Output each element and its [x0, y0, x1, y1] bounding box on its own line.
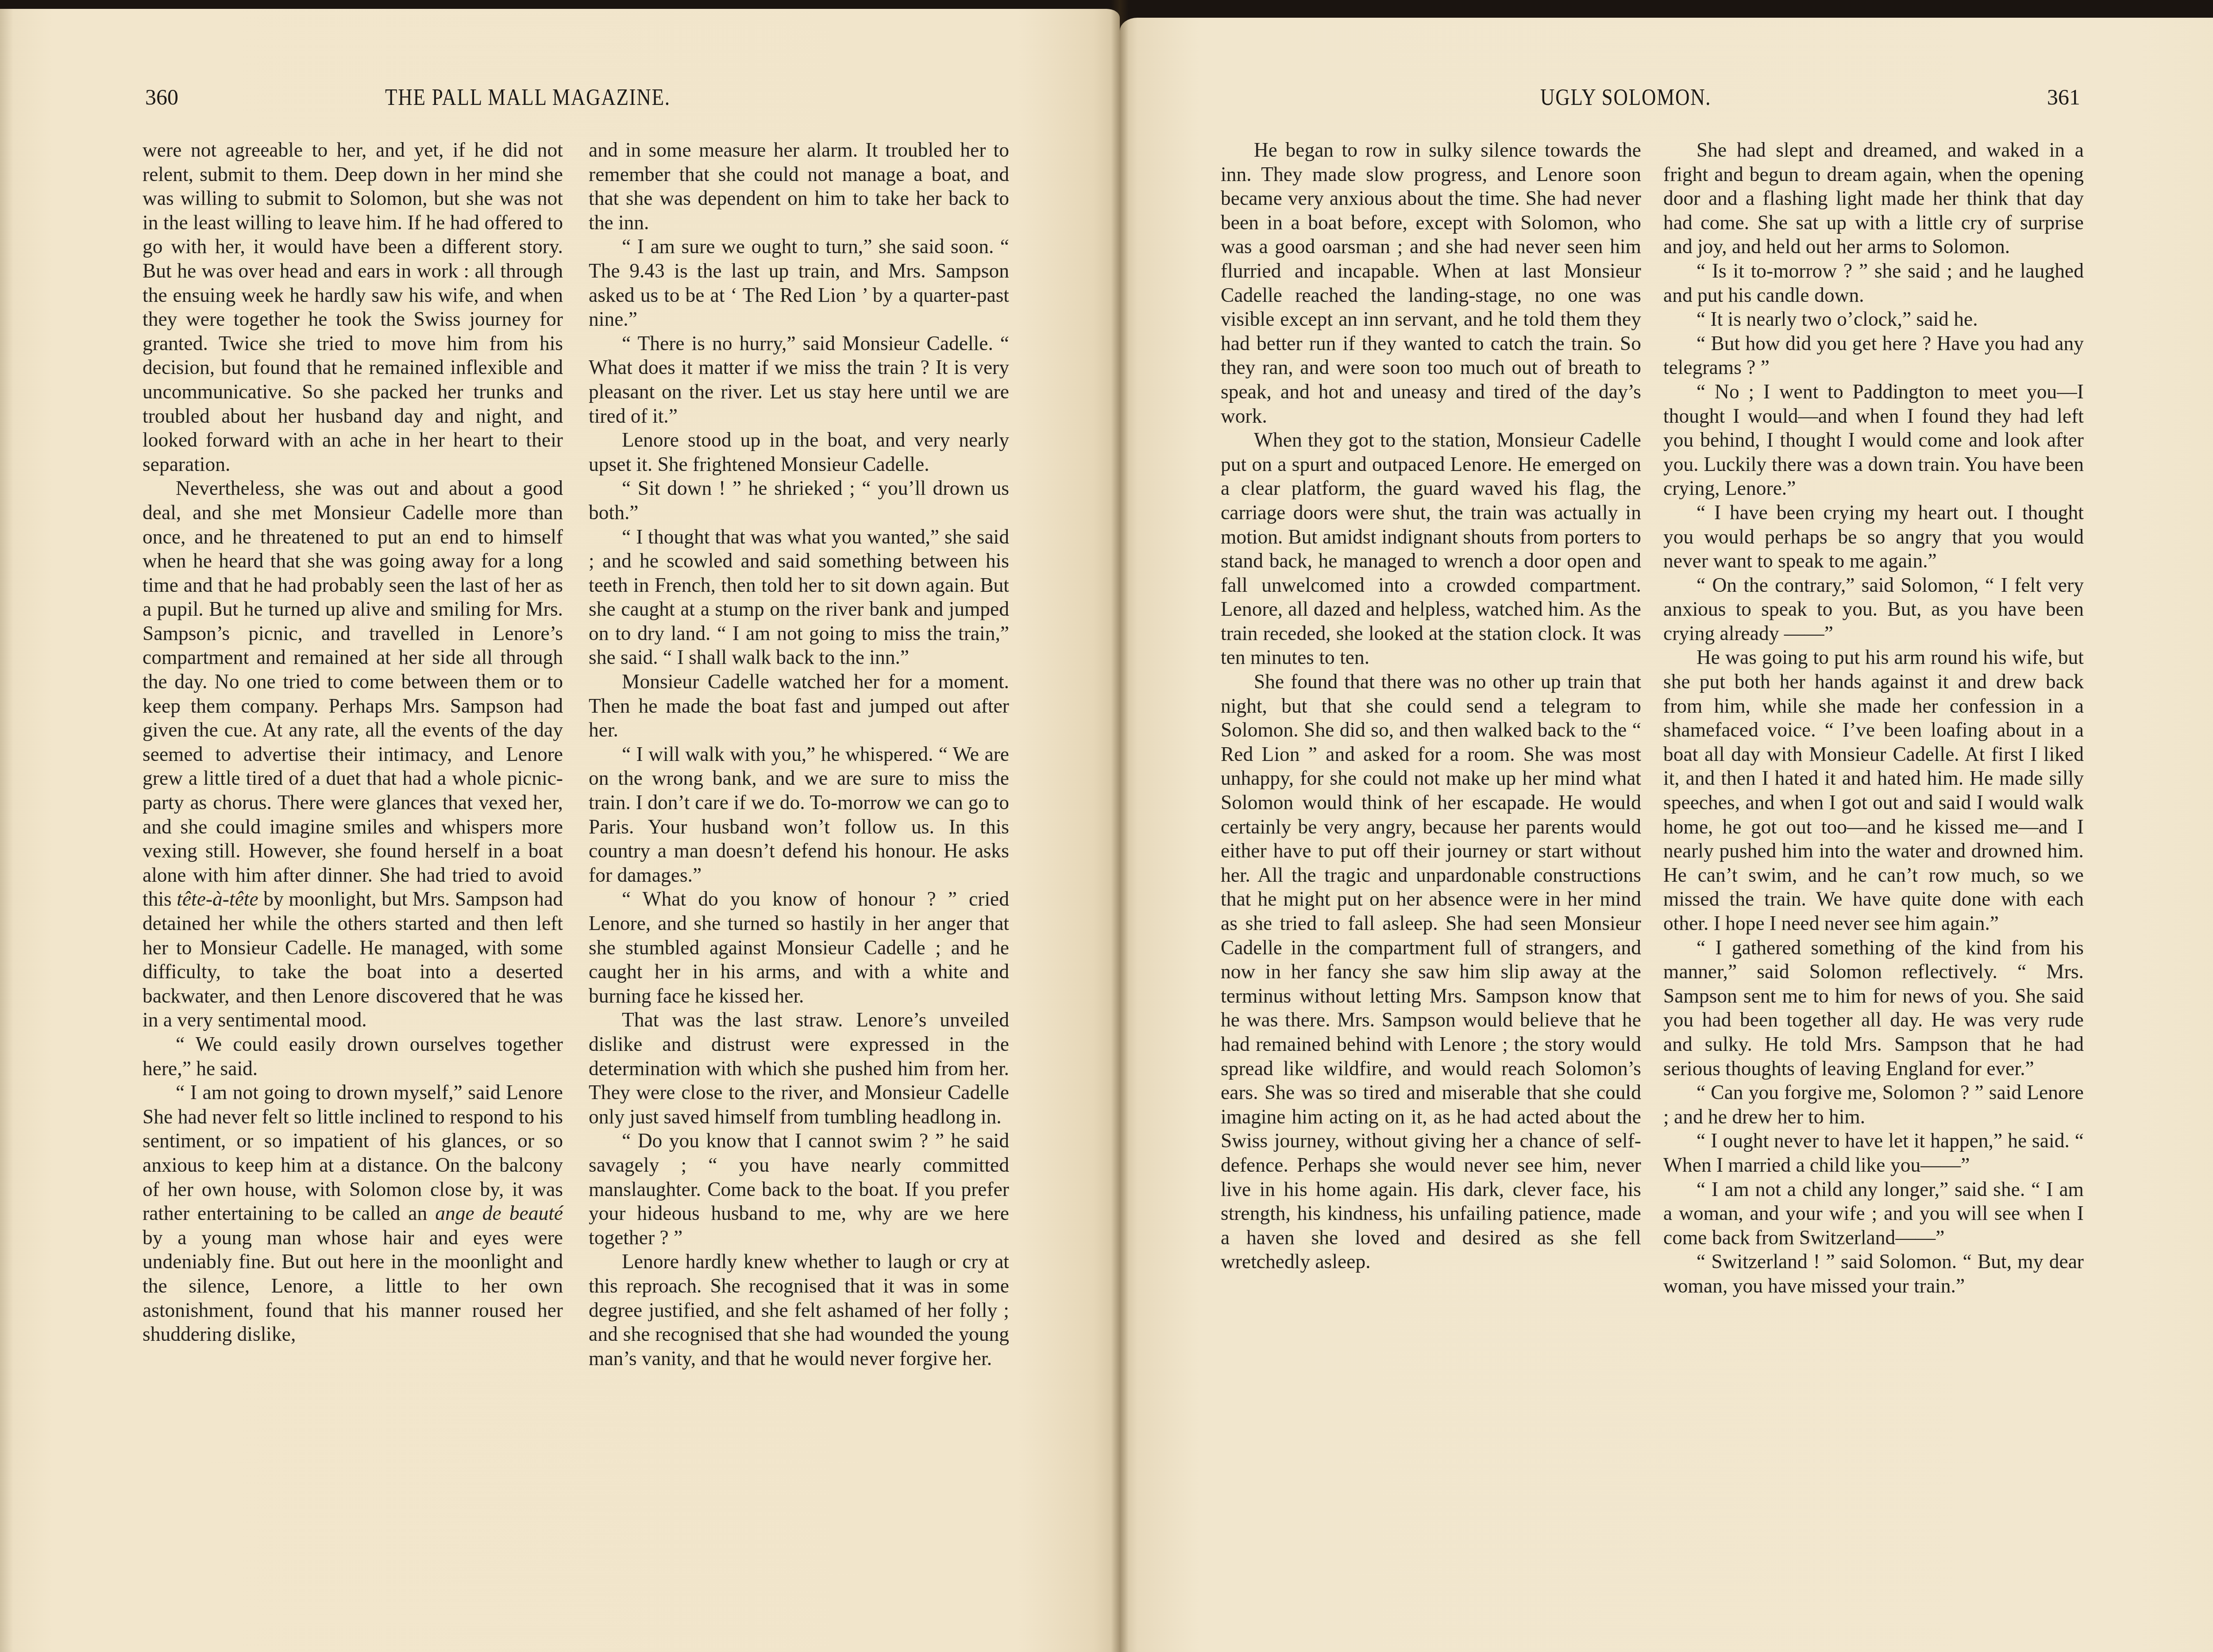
italic-phrase: tête-à-tête	[177, 888, 258, 910]
paragraph: “ What do you know of honour ? ” cried L…	[589, 887, 1009, 1008]
paragraph: “ Can you forgive me, Solomon ? ” said L…	[1663, 1081, 2084, 1129]
paragraph: “ There is no hurry,” said Monsieur Cade…	[589, 332, 1009, 428]
page-number-left: 360	[145, 84, 178, 110]
paragraph: Nevertheless, she was out and about a go…	[143, 476, 563, 1032]
paragraph: She had slept and dreamed, and waked in …	[1663, 138, 2084, 259]
paragraph: “ Switzerland ! ” said Solomon. “ But, m…	[1663, 1250, 2084, 1298]
book-spread: 360 THE PALL MALL MAGAZINE. UGLY SOLOMON…	[0, 0, 2213, 1652]
paragraph: Monsieur Cadelle watched her for a momen…	[589, 670, 1009, 742]
paragraph: were not agreeable to her, and yet, if h…	[143, 138, 563, 476]
paragraph: and in some measure her alarm. It troubl…	[589, 138, 1009, 235]
page-number-right: 361	[2047, 84, 2080, 110]
paragraph: That was the last straw. Lenore’s unveil…	[589, 1008, 1009, 1129]
left-page-column-1: were not agreeable to her, and yet, if h…	[143, 138, 563, 1347]
paragraph: “ But how did you get here ? Have you ha…	[1663, 332, 2084, 380]
paragraph: He began to row in sulky silence towards…	[1221, 138, 1641, 428]
paragraph: “ I ought never to have let it happen,” …	[1663, 1129, 2084, 1177]
paragraph: “ I thought that was what you wanted,” s…	[589, 525, 1009, 670]
right-page-column-1: He began to row in sulky silence towards…	[1221, 138, 1641, 1274]
paragraph: “ I will walk with you,” he whispered. “…	[589, 742, 1009, 888]
paragraph: “ I am not a child any longer,” said she…	[1663, 1177, 2084, 1250]
paragraph: When they got to the station, Monsieur C…	[1221, 428, 1641, 670]
paragraph: “ On the contrary,” said Solomon, “ I fe…	[1663, 573, 2084, 646]
paragraph: “ It is nearly two o’clock,” said he.	[1663, 307, 2084, 332]
paragraph: “ I am sure we ought to turn,” she said …	[589, 235, 1009, 331]
right-page-column-2: She had slept and dreamed, and waked in …	[1663, 138, 2084, 1298]
paragraph: He was going to put his arm round his wi…	[1663, 645, 2084, 935]
paragraph: Lenore stood up in the boat, and very ne…	[589, 428, 1009, 476]
running-head-left: THE PALL MALL MAGAZINE.	[385, 84, 671, 120]
paragraph: “ I have been crying my heart out. I tho…	[1663, 501, 2084, 573]
running-head-right: UGLY SOLOMON.	[1540, 84, 1711, 120]
paragraph: “ We could easily drown ourselves togeth…	[143, 1032, 563, 1081]
paragraph: “ I am not going to drown myself,” said …	[143, 1081, 563, 1347]
paragraph: “ Do you know that I cannot swim ? ” he …	[589, 1129, 1009, 1250]
paragraph: “ No ; I went to Paddington to meet you—…	[1663, 380, 2084, 501]
left-page-column-2: and in some measure her alarm. It troubl…	[589, 138, 1009, 1370]
italic-phrase: ange de beauté	[435, 1202, 563, 1224]
paragraph: “ Is it to-morrow ? ” she said ; and he …	[1663, 259, 2084, 307]
paragraph: “ I gathered something of the kind from …	[1663, 936, 2084, 1081]
paragraph: “ Sit down ! ” he shrieked ; “ you’ll dr…	[589, 476, 1009, 525]
paragraph: She found that there was no other up tra…	[1221, 670, 1641, 1274]
paragraph: Lenore hardly knew whether to laugh or c…	[589, 1250, 1009, 1370]
